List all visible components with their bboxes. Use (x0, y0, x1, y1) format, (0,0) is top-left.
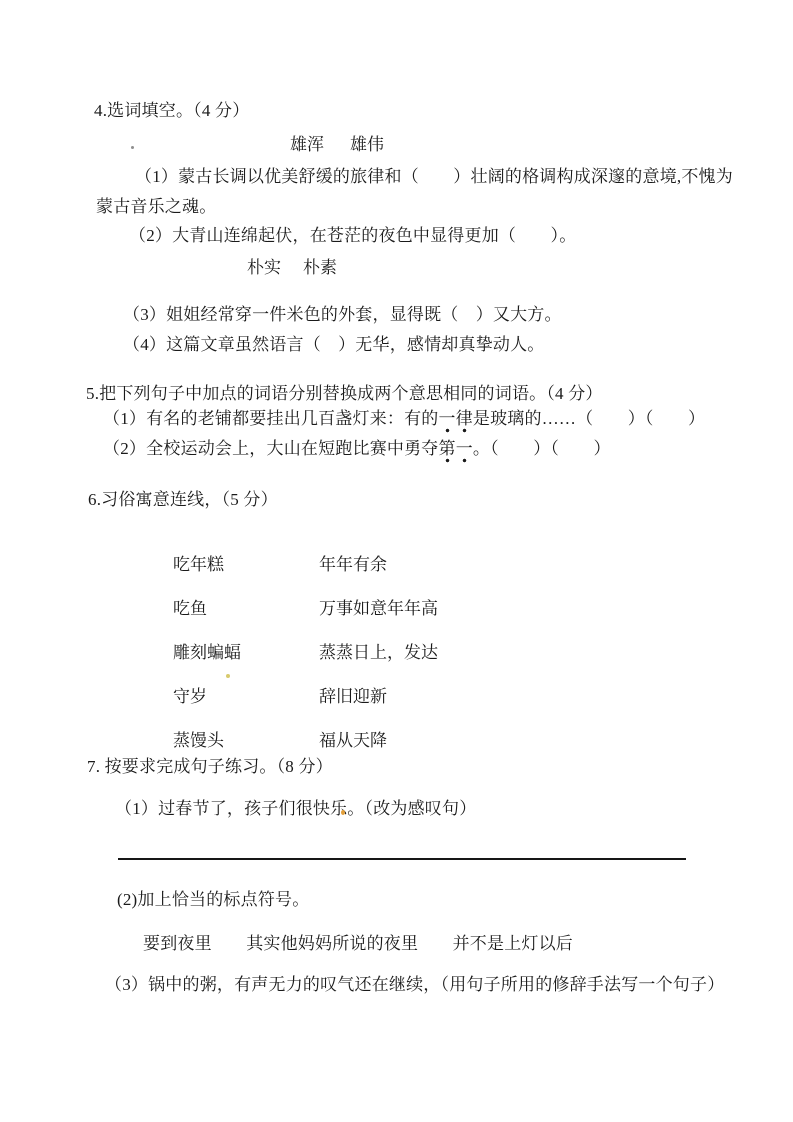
q7-item-1: （1）过春节了，孩子们很快乐。（改为感叹句） (115, 798, 476, 820)
scan-speck (131, 146, 134, 149)
q5-item-1-post: 是玻璃的……（ ）（ ） (473, 409, 705, 428)
scan-speck (341, 810, 345, 815)
question-6-title: 6.习俗寓意连线，（5 分） (88, 489, 278, 511)
match-meaning: 年年有余 (319, 555, 387, 574)
question-5-title: 5.把下列句子中加点的词语分别替换成两个意思相同的词语。（4 分） (86, 383, 603, 405)
q7-punctuation-exercise: 要到夜里 其实他妈妈所说的夜里 并不是上灯以后 (143, 933, 573, 955)
scan-speck (226, 674, 230, 678)
q5-item-2-post: 。（ ）（ ） (473, 439, 611, 458)
q5-item-2-pre: （2）全校运动会上，大山在短跑比赛中勇夺 (103, 439, 439, 458)
q7-item-3: （3）锅中的粥，有声无力的叹气还在继续，（用句子所用的修辞手法写一个句子） (105, 974, 724, 996)
q5-item-2: （2）全校运动会上，大山在短跑比赛中勇夺第一。（ ）（ ） (103, 438, 611, 460)
match-meaning: 蒸蒸日上，发达 (319, 643, 438, 662)
match-term: 守岁 (173, 686, 319, 708)
q5-item-1-dotted-word: 一律 (439, 409, 473, 433)
q4-item-4: （4）这篇文章虽然语言（ ）无华，感情却真挚动人。 (123, 334, 545, 356)
exam-paper-page: 4.选词填空。（4 分） 雄浑 雄伟 （1）蒙古长调以优美舒缓的旅律和（ ）壮阔… (0, 0, 793, 1122)
match-meaning: 辞旧迎新 (319, 687, 387, 706)
word-bank-2-word-2: 朴素 (303, 257, 337, 279)
word-bank-1-word-1: 雄浑 (290, 134, 324, 156)
q4-item-1-line-2: 蒙古音乐之魂。 (96, 196, 216, 218)
question-4-title: 4.选词填空。（4 分） (94, 100, 249, 122)
answer-blank-line (118, 858, 686, 860)
match-term: 吃鱼 (173, 598, 319, 620)
question-7-title: 7. 按要求完成句子练习。（8 分） (87, 756, 333, 778)
q5-item-1: （1）有名的老铺都要挂出几百盏灯来：有的一律是玻璃的……（ ）（ ） (103, 408, 705, 430)
q5-item-1-pre: （1）有名的老铺都要挂出几百盏灯来：有的 (103, 409, 439, 428)
word-bank-2: 朴实 朴素 (247, 257, 337, 279)
q5-item-2-dotted-word: 第一 (439, 439, 473, 463)
q4-item-1-line-1: （1）蒙古长调以优美舒缓的旅律和（ ）壮阔的格调构成深邃的意境,不愧为 (135, 166, 733, 188)
word-bank-2-word-1: 朴实 (247, 257, 281, 279)
word-bank-1: 雄浑 雄伟 (290, 134, 384, 156)
match-term: 雕刻蝙蝠 (173, 642, 319, 664)
match-meaning: 福从天降 (319, 731, 387, 750)
match-term: 吃年糕 (173, 554, 319, 576)
q4-item-2: （2）大青山连绵起伏，在苍茫的夜色中显得更加（ ）。 (129, 225, 576, 247)
q7-item-2: (2)加上恰当的标点符号。 (117, 889, 309, 911)
match-term: 蒸馒头 (173, 730, 319, 752)
q4-item-3: （3）姐姐经常穿一件米色的外套，显得既（ ）又大方。 (123, 304, 562, 326)
match-meaning: 万事如意年年高 (319, 599, 438, 618)
word-bank-1-word-2: 雄伟 (350, 134, 384, 156)
